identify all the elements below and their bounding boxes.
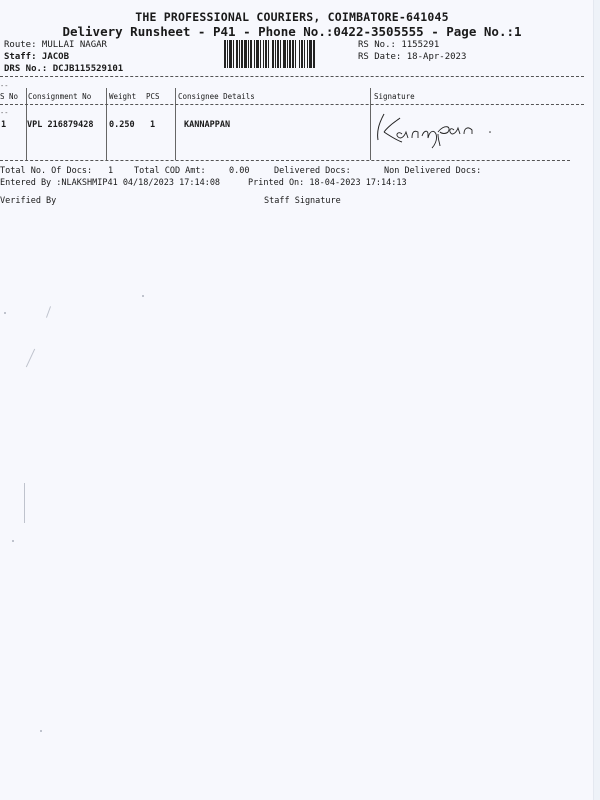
column-divider xyxy=(106,88,107,160)
delivered-docs-label: Delivered Docs: xyxy=(274,166,351,176)
column-header-pcs: PCS xyxy=(146,92,160,101)
cell-pcs: 1 xyxy=(150,120,155,130)
cell-weight: 0.250 xyxy=(109,120,135,130)
table-header-divider xyxy=(0,104,584,105)
rs-date: RS Date: 18-Apr-2023 xyxy=(358,52,466,62)
column-header-consignee: Consignee Details xyxy=(178,92,255,101)
non-delivered-docs-label: Non Delivered Docs: xyxy=(384,166,481,176)
staff-label: Staff: JACOB xyxy=(4,52,69,62)
cell-consignment-no: VPL 216879428 xyxy=(27,120,94,130)
column-divider xyxy=(370,88,371,160)
cell-sno: 1 xyxy=(1,120,6,130)
printed-on: Printed On: 18-04-2023 17:14:13 xyxy=(248,178,407,188)
scan-mark xyxy=(142,295,144,297)
column-divider xyxy=(175,88,176,160)
column-header-signature: Signature xyxy=(374,92,415,101)
total-docs-label: Total No. Of Docs: xyxy=(0,166,92,176)
dash-mark: -- xyxy=(0,110,8,117)
total-docs-value: 1 xyxy=(108,166,113,176)
column-header-sno: S No xyxy=(0,92,18,101)
total-cod-value: 0.00 xyxy=(229,166,249,176)
column-header-consignment: Consignment No xyxy=(28,92,91,101)
total-cod-label: Total COD Amt: xyxy=(134,166,206,176)
staff-signature-label: Staff Signature xyxy=(264,196,341,206)
drs-number: DRS No.: DCJB115529101 xyxy=(4,64,123,74)
dash-mark: -- xyxy=(0,83,8,90)
rs-number: RS No.: 1155291 xyxy=(358,40,439,50)
handwritten-signature xyxy=(372,110,512,150)
scan-mark xyxy=(12,540,14,542)
scan-edge xyxy=(593,0,600,800)
table-bottom-divider xyxy=(0,160,570,161)
scan-mark xyxy=(46,306,51,318)
scan-mark xyxy=(40,730,42,732)
verified-by-label: Verified By xyxy=(0,196,56,206)
runsheet-subtitle: Delivery Runsheet - P41 - Phone No.:0422… xyxy=(0,24,592,39)
column-header-weight: Weight xyxy=(109,92,136,101)
barcode-icon xyxy=(224,40,346,68)
route-label: Route: MULLAI NAGAR xyxy=(4,40,107,50)
scan-mark xyxy=(4,312,6,314)
header-divider xyxy=(0,76,584,77)
cell-consignee: KANNAPPAN xyxy=(184,120,230,130)
entered-by: Entered By :NLAKSHMIP41 04/18/2023 17:14… xyxy=(0,178,220,188)
company-title: THE PROFESSIONAL COURIERS, COIMBATORE-64… xyxy=(0,10,592,24)
scan-mark xyxy=(24,483,25,523)
scan-mark xyxy=(26,349,35,368)
